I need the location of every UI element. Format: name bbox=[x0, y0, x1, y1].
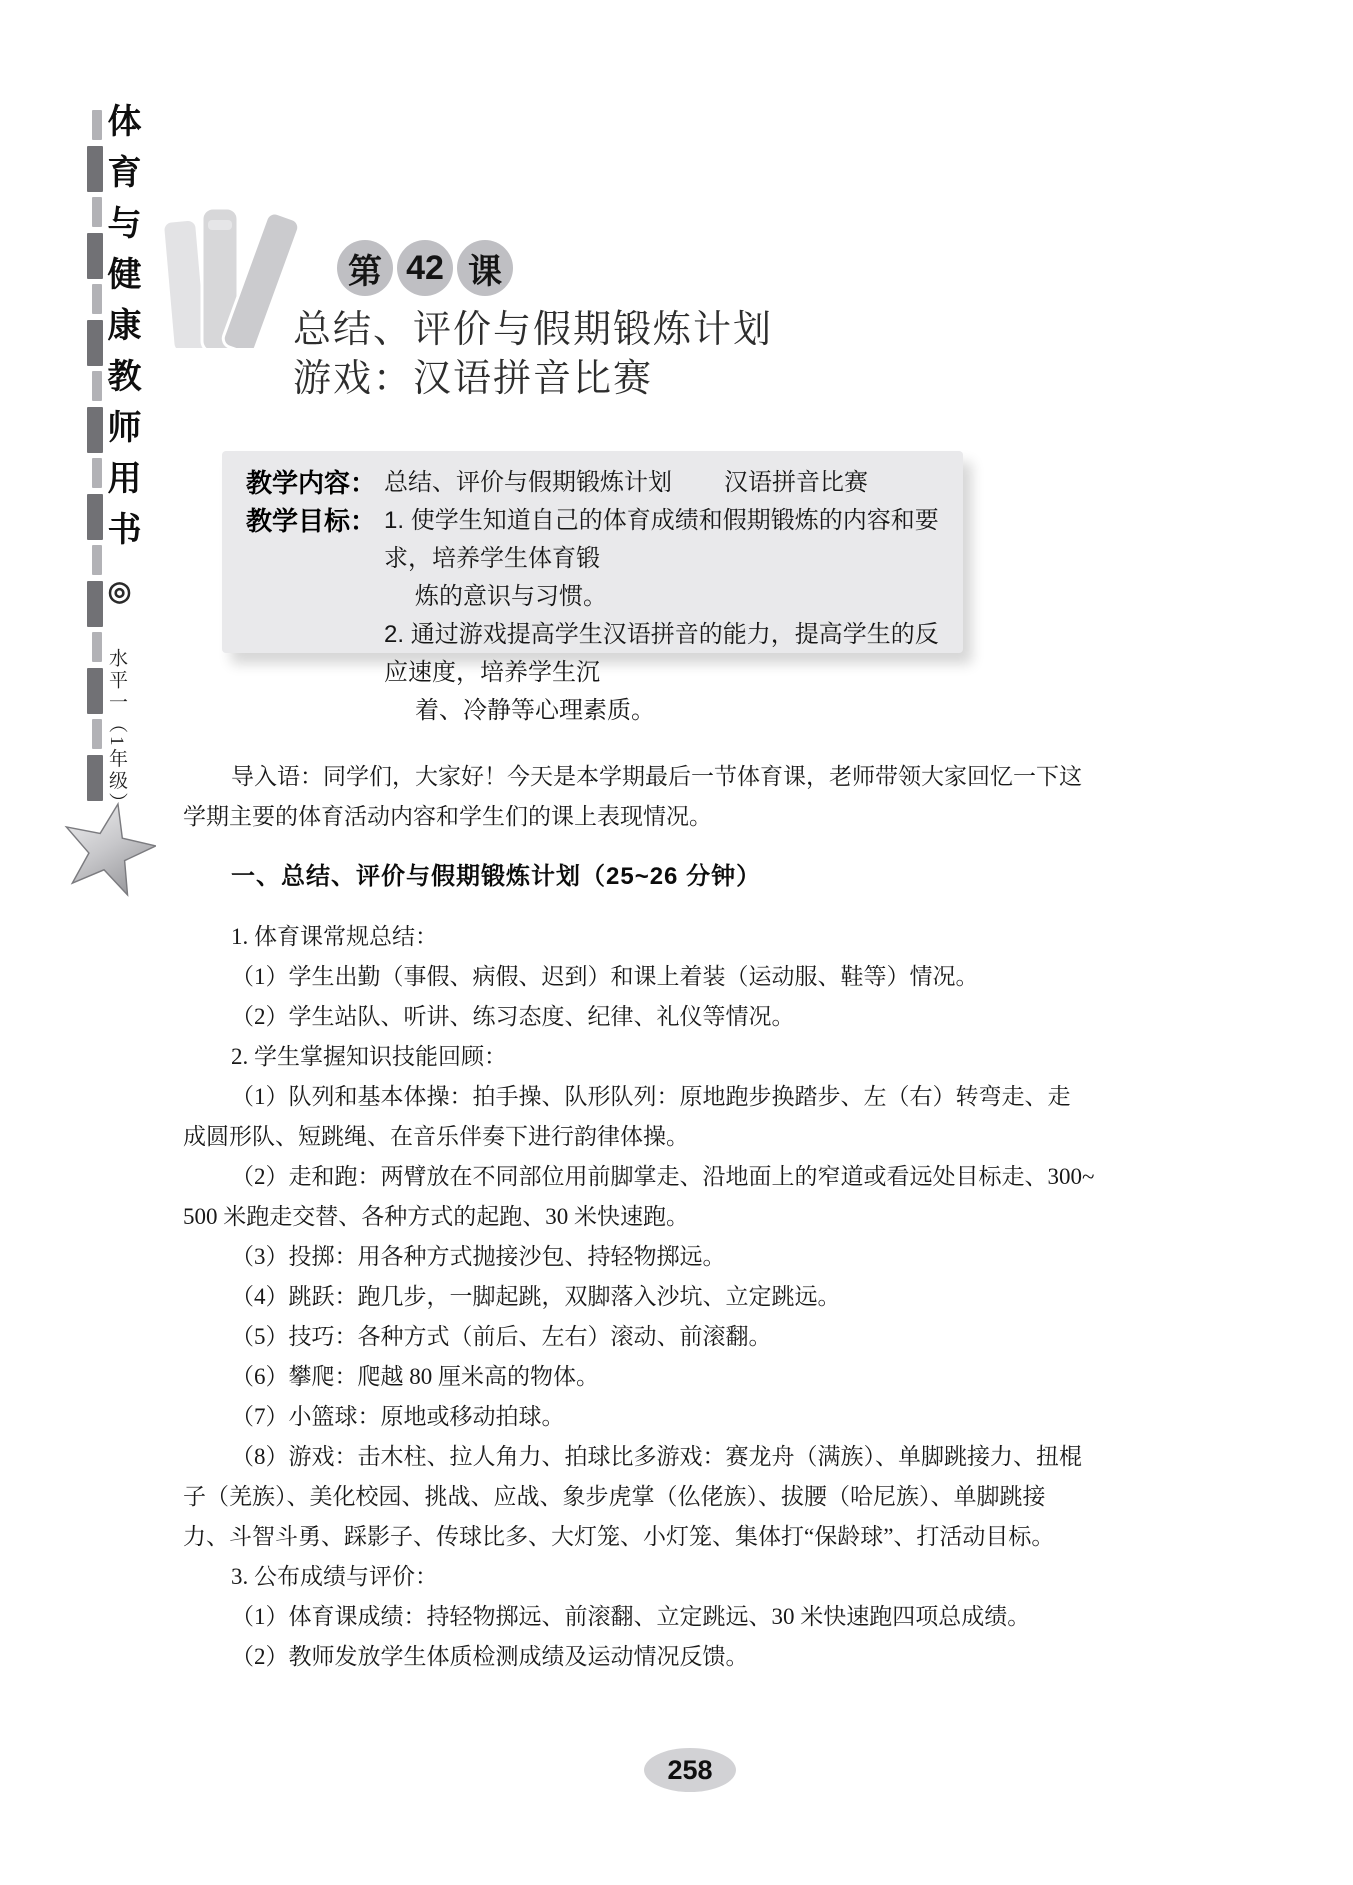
teaching-content-row: 教学内容： 总结、评价与假期锻炼计划汉语拼音比赛 bbox=[246, 464, 953, 502]
lesson-badge: 第 42 课 bbox=[337, 240, 513, 296]
teaching-content-text: 总结、评价与假期锻炼计划汉语拼音比赛 bbox=[376, 464, 868, 502]
body-line: 500 米跑走交替、各种方式的起跑、30 米快速跑。 bbox=[183, 1197, 1024, 1237]
teaching-goals-label: 教学目标： bbox=[246, 502, 376, 540]
lesson-suffix-circle: 课 bbox=[457, 240, 513, 296]
star-icon bbox=[60, 798, 156, 909]
body-line: 1. 体育课常规总结： bbox=[183, 917, 1024, 957]
goal-line: 炼的意识与习惯。 bbox=[384, 578, 953, 616]
teaching-goals-text: 1. 使学生知道自己的体育成绩和假期锻炼的内容和要求，培养学生体育锻 炼的意识与… bbox=[376, 502, 953, 730]
body-line: 子（羌族）、美化校园、挑战、应战、象步虎掌（仫佬族）、拔腰（哈尼族）、单脚跳接 bbox=[183, 1477, 1024, 1517]
teaching-info-box: 教学内容： 总结、评价与假期锻炼计划汉语拼音比赛 教学目标： 1. 使学生知道自… bbox=[222, 451, 963, 653]
body-line: （5）技巧：各种方式（前后、左右）滚动、前滚翻。 bbox=[183, 1317, 1024, 1357]
level-label: 水平一（1年级） bbox=[103, 648, 130, 815]
body-line: 2. 学生掌握知识技能回顾： bbox=[183, 1037, 1024, 1077]
body-line: （2）学生站队、听讲、练习态度、纪律、礼仪等情况。 bbox=[183, 997, 1024, 1037]
goal-line: 2. 通过游戏提高学生汉语拼音的能力，提高学生的反应速度，培养学生沉 bbox=[384, 616, 953, 692]
body-line: 成圆形队、短跳绳、在音乐伴奏下进行韵律体操。 bbox=[183, 1117, 1024, 1157]
series-title: 体育与健康教师用书 bbox=[102, 103, 139, 562]
section-heading: 一、总结、评价与假期锻炼计划（25~26 分钟） bbox=[183, 857, 1024, 897]
body-line: （8）游戏：击木柱、拉人角力、拍球比多游戏：赛龙舟（满族）、单脚跳接力、扭棍 bbox=[183, 1437, 1024, 1477]
lesson-title-line1: 总结、评价与假期锻炼计划 bbox=[293, 306, 773, 355]
body-line: （4）跳跃：跑几步，一脚起跳，双脚落入沙坑、立定跳远。 bbox=[183, 1277, 1024, 1317]
sidebar-block bbox=[92, 632, 102, 662]
series-title-vertical: 体育与健康教师用书◎ bbox=[96, 103, 145, 607]
body-text: 导入语：同学们，大家好！今天是本学期最后一节体育课，老师带领大家回忆一下这 学期… bbox=[183, 757, 1024, 1677]
series-mark: ◎ bbox=[105, 562, 135, 607]
page-number-badge: 258 bbox=[644, 1748, 736, 1792]
body-line: 学期主要的体育活动内容和学生们的课上表现情况。 bbox=[183, 797, 1024, 837]
books-icon bbox=[158, 190, 298, 353]
sidebar-block bbox=[87, 755, 103, 801]
body-line: 导入语：同学们，大家好！今天是本学期最后一节体育课，老师带领大家回忆一下这 bbox=[183, 757, 1024, 797]
body-line: 3. 公布成绩与评价： bbox=[183, 1557, 1024, 1597]
body-line: （1）体育课成绩：持轻物掷远、前滚翻、立定跳远、30 米快速跑四项总成绩。 bbox=[183, 1597, 1024, 1637]
sidebar-block bbox=[92, 719, 102, 749]
lesson-prefix-circle: 第 bbox=[337, 240, 393, 296]
lesson-number-circle: 42 bbox=[397, 240, 453, 296]
lesson-title: 总结、评价与假期锻炼计划 游戏：汉语拼音比赛 bbox=[293, 306, 773, 404]
teaching-content-label: 教学内容： bbox=[246, 464, 376, 502]
book-page: 体育与健康教师用书◎ 水平一（1年级） 第 bbox=[0, 0, 1353, 1885]
goal-line: 1. 使学生知道自己的体育成绩和假期锻炼的内容和要求，培养学生体育锻 bbox=[384, 502, 953, 578]
body-line: （1）学生出勤（事假、病假、迟到）和课上着装（运动服、鞋等）情况。 bbox=[183, 957, 1024, 997]
lesson-title-line2: 游戏：汉语拼音比赛 bbox=[293, 355, 773, 404]
teaching-goals-row: 教学目标： 1. 使学生知道自己的体育成绩和假期锻炼的内容和要求，培养学生体育锻… bbox=[246, 502, 953, 730]
body-line: （7）小篮球：原地或移动拍球。 bbox=[183, 1397, 1024, 1437]
goal-line: 着、冷静等心理素质。 bbox=[384, 692, 953, 730]
body-line: （6）攀爬：爬越 80 厘米高的物体。 bbox=[183, 1357, 1024, 1397]
teaching-content-item2: 汉语拼音比赛 bbox=[724, 469, 868, 496]
body-line: （2）教师发放学生体质检测成绩及运动情况反馈。 bbox=[183, 1637, 1024, 1677]
sidebar-block bbox=[87, 668, 103, 714]
body-line: （2）走和跑：两臂放在不同部位用前脚掌走、沿地面上的窄道或看远处目标走、300~ bbox=[183, 1157, 1024, 1197]
teaching-content-item1: 总结、评价与假期锻炼计划 bbox=[384, 469, 672, 496]
body-line: 力、斗智斗勇、踩影子、传球比多、大灯笼、小灯笼、集体打“保龄球”、打活动目标。 bbox=[183, 1517, 1024, 1557]
body-line: （1）队列和基本体操：拍手操、队形队列：原地跑步换踏步、左（右）转弯走、走 bbox=[183, 1077, 1024, 1117]
body-line: （3）投掷：用各种方式抛接沙包、持轻物掷远。 bbox=[183, 1237, 1024, 1277]
